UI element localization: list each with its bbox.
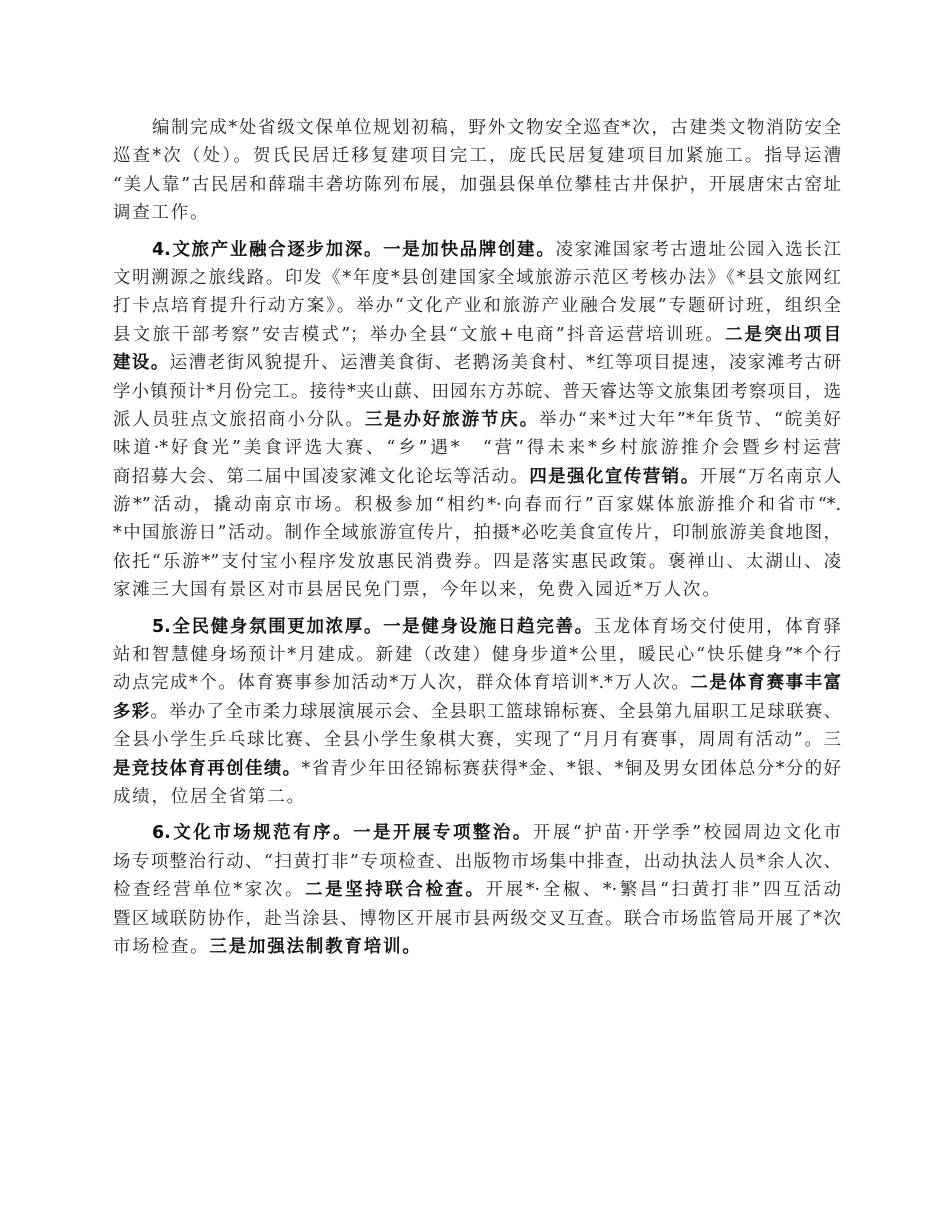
body-text: 依托“乐游*”支付宝小程序发放惠民消费券。四是落实惠民政策。褒禅山、太湖山、凌	[113, 552, 841, 572]
paragraph-p-5: 5.全民健身氛围更加浓厚。一是健身设施日趋完善。玉龙体育场交付使用，体育驿站和智…	[113, 613, 841, 812]
text-line: 派人员驻点文旅招商小分队。三是办好旅游节庆。举办“来*过大年”*年货节、“皖美好	[113, 406, 841, 434]
bold-heading-text: 一是开展专项整治。	[353, 823, 533, 843]
body-text: 县文旅干部考察”安吉模式”；举办全县“文旅+电商”抖音运营培训班。	[113, 325, 725, 345]
body-text: *省青少年田径锦标赛获得*金、*银、*铜及男女团体总分*分的好	[302, 759, 841, 779]
body-text: 成绩，位居全省第二。	[113, 787, 306, 807]
body-text: 凌家滩国家考古遗址公园入选长江	[555, 240, 841, 260]
text-line: 站和智慧健身场预计*月建成。新建（改建）健身步道*公里，暖民心“快乐健身”*个行	[113, 641, 841, 669]
body-text: 举办“来*过大年”*年货节、“皖美好	[539, 410, 841, 430]
bold-heading-text: 6.文化市场规范有序。	[152, 823, 353, 843]
text-line: 6.文化市场规范有序。一是开展专项整治。开展“护苗·开学季”校园周边文化市	[113, 819, 841, 847]
text-line: 打卡点培育提升行动方案》。举办“文化产业和旅游产业融合发展”专题研讨班，组织全	[113, 292, 841, 320]
bold-heading-text: 一是加快品牌创建。	[383, 240, 555, 260]
text-line: *中国旅游日”活动。制作全域旅游宣传片，拍摄*必吃美食宣传片，印制旅游美食地图，	[113, 519, 841, 547]
text-line: 检查经营单位*家次。二是坚持联合检查。开展*·全椒、*·繁昌“扫黄打非”四互活动	[113, 876, 841, 904]
body-text: 学小镇预计*月份完工。接待*夹山蕻、田园东方苏皖、普天睿达等文旅集团考察项目，选	[113, 382, 841, 402]
body-text: 开展“护苗·开学季”校园周边文化市	[533, 823, 841, 843]
text-line: 学小镇预计*月份完工。接待*夹山蕻、田园东方苏皖、普天睿达等文旅集团考察项目，选	[113, 378, 841, 406]
body-text: 味道·*好食光”美食评选大赛、“乡”遇* “营”得未来*乡村旅游推介会暨乡村运营	[113, 438, 841, 458]
text-line: 是竞技体育再创佳绩。*省青少年田径锦标赛获得*金、*银、*铜及男女团体总分*分的…	[113, 755, 841, 783]
text-line: 依托“乐游*”支付宝小程序发放惠民消费券。四是落实惠民政策。褒禅山、太湖山、凌	[113, 548, 841, 576]
body-text: 派人员驻点文旅招商小分队。	[113, 410, 365, 430]
body-text: 动点完成*个。体育赛事参加活动*万人次，群众体育培训*.*万人次。	[113, 673, 691, 693]
bold-heading-text: 三是加强法制教育培训。	[209, 937, 421, 957]
body-text: 站和智慧健身场预计*月建成。新建（改建）健身步道*公里，暖民心“快乐健身”*个行	[113, 645, 841, 665]
text-line: 游*”活动，撬动南京市场。积极参加“相约*·向春而行”百家媒体旅游推介和省市“*…	[113, 491, 841, 519]
text-line: 县文旅干部考察”安吉模式”；举办全县“文旅+电商”抖音运营培训班。二是突出项目	[113, 321, 841, 349]
body-text: 游*”活动，撬动南京市场。积极参加“相约*·向春而行”百家媒体旅游推介和省市“*…	[113, 495, 841, 515]
body-text: *中国旅游日”活动。制作全域旅游宣传片，拍摄*必吃美食宣传片，印制旅游美食地图，	[113, 523, 841, 543]
body-text: 家滩三大国有景区对市县居民免门票，今年以来，免费入园近*万人次。	[113, 580, 722, 600]
body-text: 全县小学生乒乓球比赛、全县小学生象棋大赛，实现了“月月有赛事，周周有活动”。三	[113, 730, 841, 750]
body-text: 。举办了全市柔力球展演展示会、全县职工篮球锦标赛、全县第九届职工足球联赛、	[150, 702, 841, 722]
text-line: 编制完成*处省级文保单位规划初稿，野外文物安全巡查*次，古建类文物消防安全	[113, 114, 841, 142]
text-line: 家滩三大国有景区对市县居民免门票，今年以来，免费入园近*万人次。	[113, 576, 841, 604]
text-line: “美人靠”古民居和薛瑞丰砻坊陈列布展，加强县保单位攀桂古井保护，开展唐宋古窑址	[113, 171, 841, 199]
body-text: 巡查*次（处）。贺氏民居迁移复建项目完工，庞氏民居复建项目加紧施工。指导运漕	[113, 146, 841, 166]
text-line: 巡查*次（处）。贺氏民居迁移复建项目完工，庞氏民居复建项目加紧施工。指导运漕	[113, 142, 841, 170]
bold-heading-text: 三是办好旅游节庆。	[365, 410, 539, 430]
paragraph-p-4: 4.文旅产业融合逐步加深。一是加快品牌创建。凌家滩国家考古遗址公园入选长江文明溯…	[113, 236, 841, 605]
text-line: 5.全民健身氛围更加浓厚。一是健身设施日趋完善。玉龙体育场交付使用，体育驿	[113, 613, 841, 641]
paragraph-p-heritage: 编制完成*处省级文保单位规划初稿，野外文物安全巡查*次，古建类文物消防安全巡查*…	[113, 114, 841, 228]
body-text: “美人靠”古民居和薛瑞丰砻坊陈列布展，加强县保单位攀桂古井保护，开展唐宋古窑址	[113, 175, 841, 195]
bold-heading-text: 二是坚持联合检查。	[305, 880, 486, 900]
bold-heading-text: 二是体育赛事丰富	[691, 673, 841, 693]
bold-heading-text: 4.文旅产业融合逐步加深。	[152, 240, 383, 260]
text-line: 味道·*好食光”美食评选大赛、“乡”遇* “营”得未来*乡村旅游推介会暨乡村运营	[113, 434, 841, 462]
bold-heading-text: 一是健身设施日趋完善。	[383, 617, 594, 637]
bold-heading-text: 二是突出项目	[725, 325, 841, 345]
body-text: 开展*·全椒、*·繁昌“扫黄打非”四互活动	[486, 880, 841, 900]
text-line: 文明溯源之旅线路。印发《*年度*县创建国家全域旅游示范区考核办法》《*县文旅网红	[113, 264, 841, 292]
bold-heading-text: 是竞技体育再创佳绩。	[113, 759, 302, 779]
bold-heading-text: 多彩	[113, 702, 150, 722]
bold-heading-text: 建设。	[113, 353, 170, 373]
bold-heading-text: 四是强化宣传营销。	[529, 467, 699, 487]
body-text: 运漕老街风貌提升、运漕美食街、老鹅汤美食村、*红等项目提速，凌家滩考古研	[170, 353, 841, 373]
paragraph-p-6: 6.文化市场规范有序。一是开展专项整治。开展“护苗·开学季”校园周边文化市场专项…	[113, 819, 841, 961]
body-text: 玉龙体育场交付使用，体育驿	[594, 617, 841, 637]
body-text: 打卡点培育提升行动方案》。举办“文化产业和旅游产业融合发展”专题研讨班，组织全	[113, 296, 841, 316]
body-text: 开展“万名南京人	[700, 467, 841, 487]
text-line: 市场检查。三是加强法制教育培训。	[113, 933, 841, 961]
text-line: 建设。运漕老街风貌提升、运漕美食街、老鹅汤美食村、*红等项目提速，凌家滩考古研	[113, 349, 841, 377]
text-line: 4.文旅产业融合逐步加深。一是加快品牌创建。凌家滩国家考古遗址公园入选长江	[113, 236, 841, 264]
text-line: 成绩，位居全省第二。	[113, 783, 841, 811]
text-line: 多彩。举办了全市柔力球展演展示会、全县职工篮球锦标赛、全县第九届职工足球联赛、	[113, 698, 841, 726]
text-line: 全县小学生乒乓球比赛、全县小学生象棋大赛，实现了“月月有赛事，周周有活动”。三	[113, 726, 841, 754]
text-line: 商招募大会、第二届中国凌家滩文化论坛等活动。四是强化宣传营销。开展“万名南京人	[113, 463, 841, 491]
bold-heading-text: 5.全民健身氛围更加浓厚。	[152, 617, 383, 637]
text-line: 暨区域联防协作，赴当涂县、博物区开展市县两级交叉互查。联合市场监管局开展了*次	[113, 905, 841, 933]
body-text: 调查工作。	[113, 203, 209, 223]
body-text: 暨区域联防协作，赴当涂县、博物区开展市县两级交叉互查。联合市场监管局开展了*次	[113, 909, 841, 929]
text-line: 动点完成*个。体育赛事参加活动*万人次，群众体育培训*.*万人次。二是体育赛事丰…	[113, 669, 841, 697]
body-text: 市场检查。	[113, 937, 209, 957]
text-line: 调查工作。	[113, 199, 841, 227]
body-text: 商招募大会、第二届中国凌家滩文化论坛等活动。	[113, 467, 529, 487]
body-text: 检查经营单位*家次。	[113, 880, 305, 900]
body-text: 场专项整治行动、“扫黄打非”专项检查、出版物市场集中排查，出动执法人员*余人次、	[113, 852, 841, 872]
document-page: 编制完成*处省级文保单位规划初稿，野外文物安全巡查*次，古建类文物消防安全巡查*…	[113, 114, 841, 969]
text-line: 场专项整治行动、“扫黄打非”专项检查、出版物市场集中排查，出动执法人员*余人次、	[113, 848, 841, 876]
body-text: 文明溯源之旅线路。印发《*年度*县创建国家全域旅游示范区考核办法》《*县文旅网红	[113, 268, 841, 288]
body-text: 编制完成*处省级文保单位规划初稿，野外文物安全巡查*次，古建类文物消防安全	[152, 118, 841, 138]
